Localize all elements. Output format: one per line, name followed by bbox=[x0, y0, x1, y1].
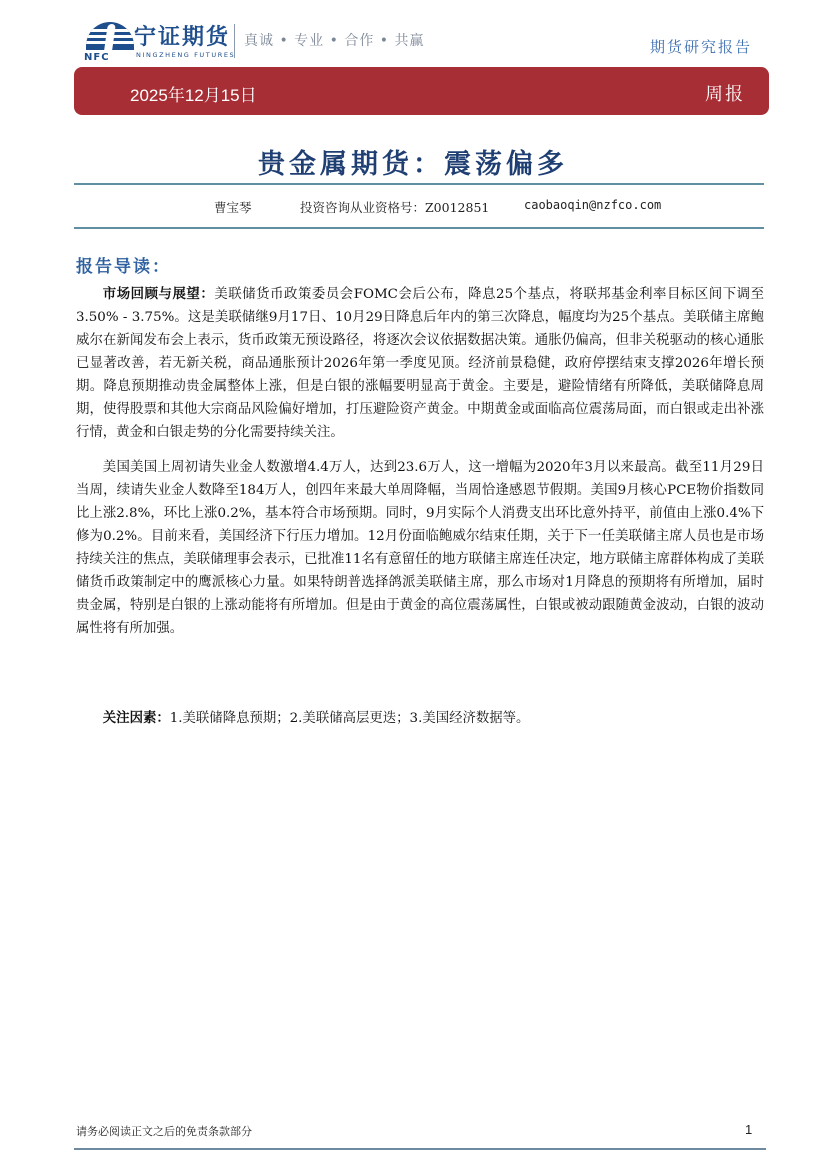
brand-name-en: NINGZHENG FUTURES bbox=[136, 51, 235, 59]
brand-name-cn: 宁证期货 bbox=[134, 20, 230, 51]
brand-divider bbox=[234, 24, 235, 58]
paragraph-body: 美联储货币政策委员会FOMC会后公布，降息25个基点，将联邦基金利率目标区间下调… bbox=[76, 287, 764, 440]
author-email[interactable]: caobaoqin@nzfco.com bbox=[524, 198, 661, 212]
author-license: 投资咨询从业资格号：Z0012851 bbox=[300, 198, 489, 216]
paragraph-body: 1.美联储降息预期；2.美联储高层更迭；3.美国经济数据等。 bbox=[170, 711, 530, 726]
paragraph-lead: 市场回顾与展望： bbox=[103, 286, 215, 302]
paragraph-market-review: 市场回顾与展望：美联储货币政策委员会FOMC会后公布，降息25个基点，将联邦基金… bbox=[76, 283, 764, 444]
section-title-summary: 报告导读： bbox=[76, 252, 171, 277]
paragraph-focus-factors: 关注因素：1.美联储降息预期；2.美联储高层更迭；3.美国经济数据等。 bbox=[76, 707, 764, 730]
logo-abbreviation: NFC bbox=[84, 52, 110, 63]
footer-divider bbox=[74, 1148, 766, 1150]
report-title: 贵金属期货：震荡偏多 bbox=[0, 142, 826, 181]
date-banner: 2025年12月15日 周报 bbox=[74, 67, 769, 115]
page-number: 1 bbox=[745, 1122, 752, 1137]
company-slogan: 真诚 • 专业 • 合作 • 共赢 bbox=[244, 30, 424, 50]
logo-globe-icon bbox=[86, 22, 134, 50]
paragraph-body: 美国美国上周初请失业金人数激增4.4万人，达到23.6万人，这一增幅为2020年… bbox=[76, 460, 764, 636]
paragraph-lead: 关注因素： bbox=[103, 710, 170, 726]
report-header: NFC 宁证期货 NINGZHENG FUTURES 真诚 • 专业 • 合作 … bbox=[72, 18, 772, 64]
report-kind-label: 期货研究报告 bbox=[650, 36, 752, 57]
title-divider bbox=[74, 183, 764, 185]
company-logo: NFC bbox=[84, 22, 136, 64]
report-date: 2025年12月15日 bbox=[130, 81, 257, 106]
paragraph-us-economy: 美国美国上周初请失业金人数激增4.4万人，达到23.6万人，这一增幅为2020年… bbox=[76, 456, 764, 640]
report-type: 周报 bbox=[705, 80, 745, 106]
author-name: 曹宝琴 bbox=[214, 198, 252, 216]
author-divider bbox=[74, 227, 764, 229]
footer-disclaimer: 请务必阅读正文之后的免责条款部分 bbox=[76, 1123, 252, 1139]
